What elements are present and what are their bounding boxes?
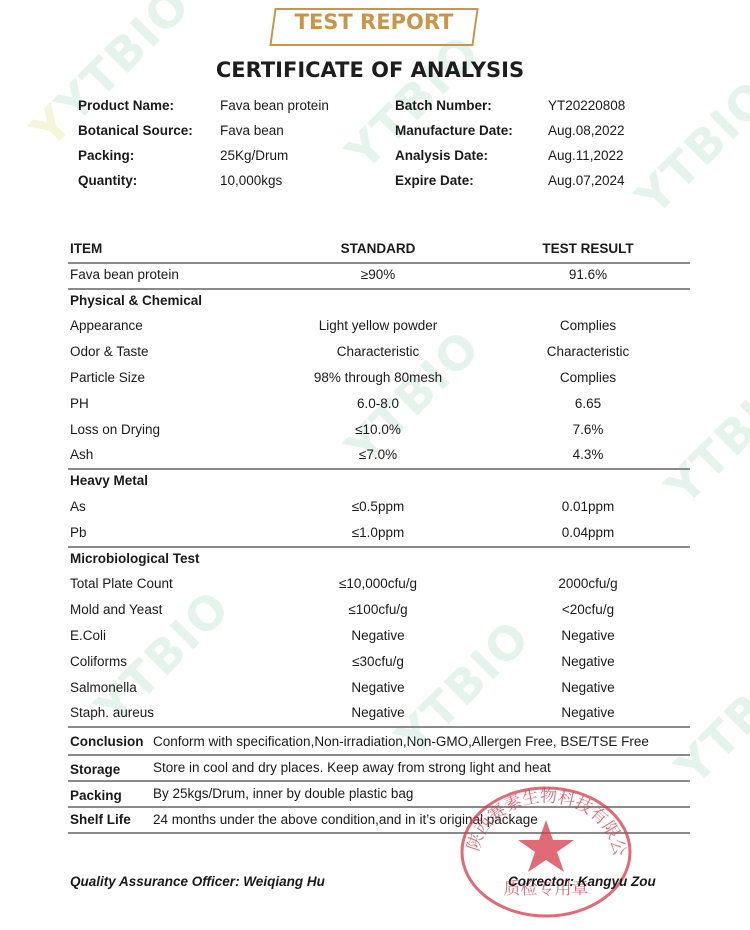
table-row: Particle Size98% through 80meshComplies	[68, 365, 690, 391]
item-cell: Fava bean protein	[70, 267, 179, 282]
star-icon	[518, 820, 574, 872]
qa-officer-signature: Quality Assurance Officer: Weiqiang Hu	[70, 874, 325, 889]
standard-cell: Light yellow powder	[268, 318, 488, 333]
item-cell: Particle Size	[70, 370, 145, 385]
result-cell: 0.04ppm	[488, 525, 688, 540]
item-cell: Appearance	[70, 318, 143, 333]
table-row: Odor & TasteCharacteristicCharacteristic	[68, 339, 690, 365]
standard-cell: ≤100cfu/g	[268, 602, 488, 617]
item-cell: Coliforms	[70, 654, 127, 669]
divider	[68, 262, 690, 264]
result-cell: 6.65	[488, 396, 688, 411]
info-value: 25Kg/Drum	[220, 148, 288, 163]
item-cell: E.Coli	[70, 628, 106, 643]
table-row: Mold and Yeast≤100cfu/g<20cfu/g	[68, 597, 690, 623]
result-cell: 2000cfu/g	[488, 576, 688, 591]
footer-label: Conclusion	[70, 734, 144, 749]
item-cell: Mold and Yeast	[70, 602, 162, 617]
info-label: Botanical Source:	[78, 123, 193, 138]
divider	[68, 468, 690, 470]
result-cell: Negative	[488, 680, 688, 695]
standard-cell: 98% through 80mesh	[268, 370, 488, 385]
table-header-row: ITEM STANDARD TEST RESULT	[68, 236, 690, 262]
item-cell: As	[70, 499, 86, 514]
table-row: PH6.0-8.06.65	[68, 391, 690, 417]
standard-cell: ≤0.5ppm	[268, 499, 488, 514]
item-cell: Ash	[70, 447, 93, 462]
standard-cell: ≤10,000cfu/g	[268, 576, 488, 591]
corrector-signature: Corrector: Kangyu Zou	[508, 874, 656, 889]
table-row: Staph. aureusNegativeNegative	[68, 700, 690, 726]
table-row: As≤0.5ppm0.01ppm	[68, 494, 690, 520]
company-seal-stamp: 陕西赛素生物科技有限公司 质检专用章	[456, 780, 636, 920]
table-row: Loss on Drying≤10.0%7.6%	[68, 417, 690, 443]
info-value: Aug.08,2022	[548, 123, 625, 138]
result-cell: Characteristic	[488, 344, 688, 359]
footer-value: By 25kgs/Drum, inner by double plastic b…	[153, 786, 413, 801]
table-row: Pb≤1.0ppm0.04ppm	[68, 520, 690, 546]
info-value: YT20220808	[548, 98, 625, 113]
section-title: Microbiological Test	[70, 551, 200, 566]
result-cell: 4.3%	[488, 447, 688, 462]
page-title: CERTIFICATE OF ANALYSIS	[0, 58, 740, 82]
info-value: 10,000kgs	[220, 173, 282, 188]
result-cell: 7.6%	[488, 422, 688, 437]
item-cell: Salmonella	[70, 680, 137, 695]
footer-value: Conform with specification,Non-irradiati…	[153, 734, 649, 749]
standard-cell: ≤1.0ppm	[268, 525, 488, 540]
result-cell: Negative	[488, 654, 688, 669]
section-title: Physical & Chemical	[70, 293, 202, 308]
table-row: Ash≤7.0%4.3%	[68, 442, 690, 468]
footer-label: Shelf Life	[70, 812, 131, 827]
table-row: SalmonellaNegativeNegative	[68, 675, 690, 701]
item-cell: Loss on Drying	[70, 422, 160, 437]
table-row: Fava bean protein≥90%91.6%	[68, 262, 690, 288]
divider	[68, 546, 690, 548]
info-value: Fava bean protein	[220, 98, 329, 113]
test-report-badge: TEST REPORT	[272, 10, 476, 34]
info-label: Batch Number:	[395, 98, 492, 113]
result-cell: 91.6%	[488, 267, 688, 282]
info-label: Analysis Date:	[395, 148, 488, 163]
info-value: Aug.07,2024	[548, 173, 625, 188]
result-cell: Complies	[488, 318, 688, 333]
table-row: AppearanceLight yellow powderComplies	[68, 313, 690, 339]
item-cell: PH	[70, 396, 89, 411]
table-row: Coliforms≤30cfu/gNegative	[68, 649, 690, 675]
table-row: Total Plate Count≤10,000cfu/g2000cfu/g	[68, 571, 690, 597]
standard-cell: ≤30cfu/g	[268, 654, 488, 669]
column-header-standard: STANDARD	[268, 241, 488, 256]
info-label: Packing:	[78, 148, 134, 163]
divider	[68, 754, 690, 756]
standard-cell: ≤10.0%	[268, 422, 488, 437]
divider	[68, 288, 690, 290]
result-cell: Complies	[488, 370, 688, 385]
table-section-header: Microbiological Test	[68, 546, 690, 572]
item-cell: Odor & Taste	[70, 344, 149, 359]
watermark-logo: YTBIO	[625, 69, 750, 225]
standard-cell: ≥90%	[268, 267, 488, 282]
standard-cell: ≤7.0%	[268, 447, 488, 462]
table-section-header: Heavy Metal	[68, 468, 690, 494]
item-cell: Staph. aureus	[70, 705, 154, 720]
standard-cell: 6.0-8.0	[268, 396, 488, 411]
column-header-item: ITEM	[70, 241, 102, 256]
info-label: Manufacture Date:	[395, 123, 513, 138]
info-label: Quantity:	[78, 173, 137, 188]
standard-cell: Negative	[268, 705, 488, 720]
result-cell: Negative	[488, 628, 688, 643]
info-label: Expire Date:	[395, 173, 474, 188]
info-value: Aug.11,2022	[548, 148, 624, 163]
result-cell: 0.01ppm	[488, 499, 688, 514]
result-cell: <20cfu/g	[488, 602, 688, 617]
standard-cell: Negative	[268, 680, 488, 695]
result-cell: Negative	[488, 705, 688, 720]
item-cell: Total Plate Count	[70, 576, 173, 591]
info-label: Product Name:	[78, 98, 174, 113]
section-title: Heavy Metal	[70, 473, 148, 488]
footer-label: Packing	[70, 788, 122, 803]
table-row: E.ColiNegativeNegative	[68, 623, 690, 649]
divider	[68, 726, 690, 728]
standard-cell: Characteristic	[268, 344, 488, 359]
standard-cell: Negative	[268, 628, 488, 643]
table-section-header: Physical & Chemical	[68, 288, 690, 314]
column-header-result: TEST RESULT	[488, 241, 688, 256]
footer-value: Store in cool and dry places. Keep away …	[153, 760, 551, 775]
item-cell: Pb	[70, 525, 87, 540]
footer-label: Storage	[70, 762, 120, 777]
info-value: Fava bean	[220, 123, 284, 138]
